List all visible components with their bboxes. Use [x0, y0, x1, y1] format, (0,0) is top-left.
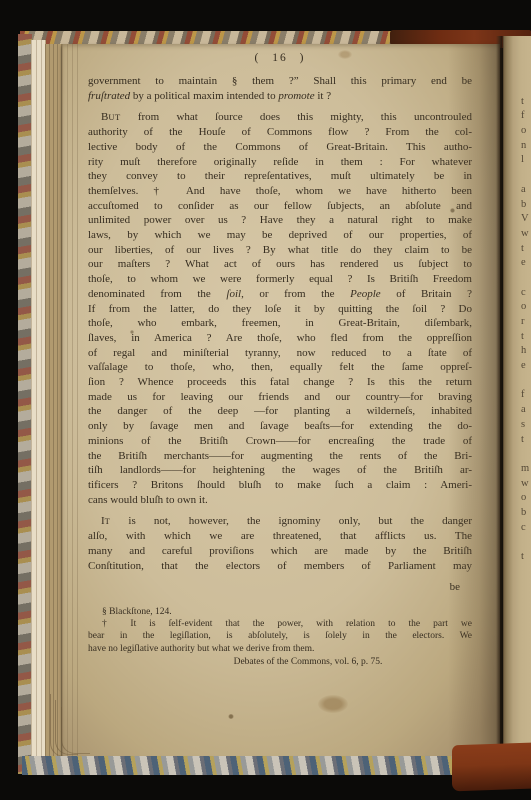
text-line: rity muſt therefore originally reſide in…: [88, 155, 472, 170]
text-line: unlimited power over us ? Have they a na…: [88, 213, 472, 228]
text-line: alſo, with which we are threatened, that…: [88, 529, 472, 544]
stain: [130, 330, 134, 334]
text-line: only by ſavage men and ſavage beaſts—for…: [88, 419, 472, 434]
text-line: BUT from what ſource does this mighty, t…: [88, 110, 472, 125]
stain: [338, 50, 352, 59]
paragraph: government to maintain § them ?” Shall t…: [88, 74, 472, 103]
facing-page-edge-letter: o: [521, 300, 531, 315]
text-line: tificers ? Britons ſhould bluſh to make …: [88, 478, 472, 493]
facing-page-edge-letter: l: [521, 153, 531, 168]
text-line: laws, by which we may be deprived of our…: [88, 228, 472, 243]
text-line: authority of the Houſe of Commons flow ?…: [88, 125, 472, 140]
facing-page-edge-letter: [521, 271, 531, 286]
text-line: many and careful proviſions which are ma…: [88, 544, 472, 559]
paragraph: IT is not, however, the ignominy only, b…: [88, 514, 472, 573]
text-line: they convey to their repreſentatives, mu…: [88, 169, 472, 184]
facing-page-edge-letters: tfonlabVwtecorthefastmwobct: [521, 80, 531, 565]
page-number: ( 16 ): [88, 52, 472, 64]
stain: [228, 714, 234, 719]
facing-page-edge-letter: t: [521, 433, 531, 448]
facing-page-edge-letter: c: [521, 286, 531, 301]
footnote-line: † It is ſelf-evident that the power, wit…: [88, 618, 472, 630]
text-line: tiſh landlords——for heightening the wage…: [88, 463, 472, 478]
facing-page-edge-letter: f: [521, 388, 531, 403]
text-line: accuſtomed to conſider as our fellow ſub…: [88, 199, 472, 214]
facing-page-edge-letter: n: [521, 139, 531, 154]
facing-page-edge-letter: t: [521, 550, 531, 565]
footnote-line: § Blackſtone, 124.: [88, 606, 472, 618]
facing-page-edge-letter: b: [521, 506, 531, 521]
facing-page-edge-letter: [521, 80, 531, 95]
stain: [318, 695, 348, 713]
catchword-line: be: [88, 580, 472, 595]
paragraph: BUT from what ſource does this mighty, t…: [88, 110, 472, 507]
facing-page-edge-letter: s: [521, 418, 531, 433]
bottom-marbled-board-edge: [22, 756, 474, 775]
facing-page-edge-letter: r: [521, 315, 531, 330]
facing-page-edge-letter: t: [521, 95, 531, 110]
facing-page-edge-letter: a: [521, 183, 531, 198]
facing-page-edge-letter: t: [521, 242, 531, 257]
photo-background: tfonlabVwtecorthefastmwobct ( 16 ) gover…: [0, 0, 531, 800]
gutter-crease: [496, 36, 504, 778]
text-line: themſelves. † And have thoſe, whom we ha…: [88, 184, 472, 199]
text-line: government to maintain § them ?” Shall t…: [88, 74, 472, 89]
page-corner-curl: [61, 707, 90, 754]
facing-page-edge-letter: h: [521, 344, 531, 359]
facing-page-edge-letter: e: [521, 256, 531, 271]
text-line: ſion ? Whence proceeds this fatal change…: [88, 375, 472, 390]
footnotes: § Blackſtone, 124.† It is ſelf-evident t…: [88, 606, 472, 668]
facing-page-edge-letter: w: [521, 227, 531, 242]
facing-page-edge-letter: m: [521, 462, 531, 477]
footnote-attribution: Debates of the Commons, vol. 6, p. 75.: [88, 656, 472, 668]
text-line: of regal and miniſterial tyranny, now re…: [88, 346, 472, 361]
text-line: thoſe, who embark, freemen, in Great-Bri…: [88, 316, 472, 331]
text-line: cans would bluſh to own it.: [88, 493, 472, 508]
facing-page-edge-letter: c: [521, 521, 531, 536]
text-line: the Britiſh merchants——for augmenting th…: [88, 449, 472, 464]
facing-page-edge-letter: t: [521, 330, 531, 345]
bottom-right-leather-corner: [452, 743, 531, 792]
facing-page-edge-letter: [521, 535, 531, 550]
footnote-line: have no legiſlative authority but what w…: [88, 643, 472, 655]
facing-page-edge-letter: f: [521, 109, 531, 124]
text-line: lective body of the Commons of Great-Bri…: [88, 140, 472, 155]
text-line: our liberties, of our lives ? By what ti…: [88, 243, 472, 258]
text-line: the danger of the deep —for planting a w…: [88, 404, 472, 419]
left-marbled-cover-edge: [18, 34, 32, 774]
text-line: ſlaves, in America ? Are thoſe, who fled…: [88, 331, 472, 346]
facing-page-edge-letter: o: [521, 124, 531, 139]
white-page-edge-stack: [31, 40, 46, 768]
text-line: denominated from the ſoil, or from the P…: [88, 287, 472, 302]
text-line: IT is not, however, the ignominy only, b…: [88, 514, 472, 529]
stain: [450, 208, 455, 213]
text-line: thoſe, to whom we were formerly equal ? …: [88, 272, 472, 287]
facing-page-edge-letter: b: [521, 198, 531, 213]
book-page: ( 16 ) government to maintain § them ?” …: [62, 44, 500, 758]
text-line: Conſtitution, that the electors of membe…: [88, 559, 472, 574]
facing-page-edge-letter: a: [521, 403, 531, 418]
facing-page-edge-letter: w: [521, 477, 531, 492]
catchword: be: [450, 581, 460, 593]
footnote-line: bear in the legiſlation, is abſolutely, …: [88, 630, 472, 642]
text-line: fruſtrated by a political maxim intended…: [88, 89, 472, 104]
facing-page-edge-letter: [521, 447, 531, 462]
page-content: ( 16 ) government to maintain § them ?” …: [88, 50, 472, 668]
facing-page-edge-letter: V: [521, 212, 531, 227]
body-text: government to maintain § them ?” Shall t…: [88, 74, 472, 573]
text-line: vaſſalage to thoſe, who, then, equally f…: [88, 360, 472, 375]
text-line: If from the latter, do they loſe it by q…: [88, 302, 472, 317]
text-line: made us for leaving our friends and our …: [88, 390, 472, 405]
facing-page-edge-letter: o: [521, 491, 531, 506]
facing-page-edge-letter: e: [521, 359, 531, 374]
text-line: our maſters ? What act of ours has rende…: [88, 257, 472, 272]
text-line: minions of the Britiſh Crown——for encrea…: [88, 434, 472, 449]
facing-page-edge-letter: [521, 168, 531, 183]
facing-page-edge-letter: [521, 374, 531, 389]
